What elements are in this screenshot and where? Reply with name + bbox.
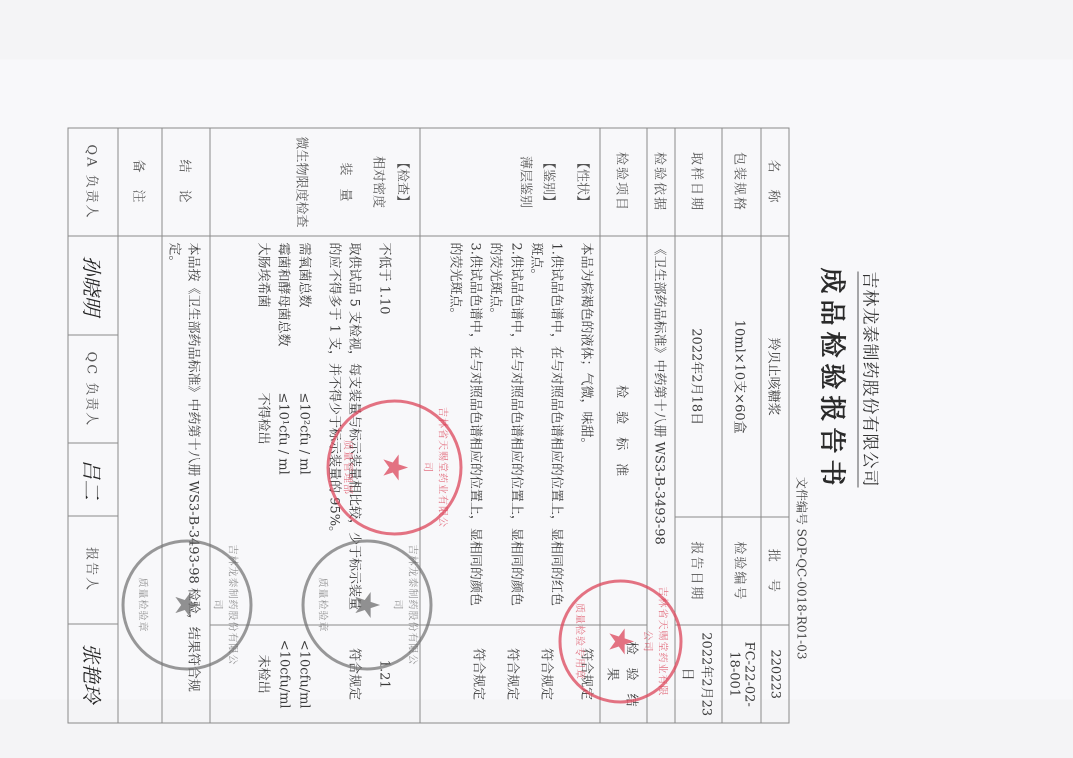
- micro-row-3: 大肠埃希菌不得检出: [253, 243, 273, 619]
- basis-value: 《卫生部药品标准》中药第十八册 WS3-B-3493-98: [647, 236, 675, 723]
- check-label: 【检查】: [392, 135, 416, 230]
- density-result: 1.21: [373, 632, 393, 717]
- conclusion-text: 本品按《卫生部药品标准》中药第十八册 WS3-B-3493-98 检验，结果符合…: [162, 236, 210, 723]
- identification-result-3: 符合规定: [467, 632, 487, 717]
- appearance-identification-standards: 本品为棕褐色的液体；气微，味甜。 1.供试品色谱中，在与对照品色谱相应的位置上，…: [420, 236, 600, 625]
- row-package: 包装规格 10ml×10支×60盒 检验编号 FC-22-02-18-001: [722, 128, 761, 723]
- micro-name: 需氧菌总数: [293, 243, 313, 393]
- micro-row-1: 需氧菌总数≤10²cfu / ml: [293, 243, 313, 619]
- remarks-text: [118, 236, 162, 723]
- identification-result-2: 符合规定: [501, 632, 521, 717]
- company-name: 吉林龙泰制药股份有限公司: [860, 60, 885, 700]
- qa-label: QA 负责人: [68, 128, 118, 236]
- filling-result: 符合规定: [343, 632, 363, 717]
- row-signatures: QA 负责人 孙晓明 QC 负责人 吕二 报告人 张艳玲: [68, 128, 118, 723]
- row-conclusion: 结 论 本品按《卫生部药品标准》中药第十八册 WS3-B-3493-98 检验，…: [162, 128, 210, 723]
- micro-name: 大肠埃希菌: [253, 243, 273, 393]
- micro-limit: ≤10²cfu / ml: [293, 393, 313, 475]
- density-standard: 不低于 1.10: [373, 243, 393, 619]
- identification-standard-3: 3.供试品色谱中，在与对照品色谱相应的位置上，显相同的颜色的荧光斑点。: [445, 243, 485, 619]
- micro-limit: 不得检出: [253, 393, 273, 445]
- report-table: 名 称 羚贝止咳糖浆 批 号 220223 包装规格 10ml×10支×60盒 …: [68, 128, 790, 724]
- batch-label: 批 号: [761, 517, 789, 625]
- row-name: 名 称 羚贝止咳糖浆 批 号 220223: [761, 128, 789, 723]
- report-date-label: 报告日期: [675, 517, 722, 625]
- tlc-label: 薄层鉴别: [515, 135, 539, 230]
- micro-row-2: 霉菌和酵母菌总数≤10¹cfu / ml: [273, 243, 293, 619]
- batch-value: 220223: [761, 625, 789, 723]
- micro-result-2: <10cfu/ml: [273, 632, 293, 717]
- col-result: 检 验 结 果: [600, 625, 647, 723]
- check-labels: 【检查】 相对密度 装 量 微生物限度检查: [210, 128, 420, 236]
- sample-date-value: 2022年2月18日: [675, 236, 722, 517]
- micro-result-3: 未检出: [253, 632, 273, 717]
- report-page: 吉林龙泰制药股份有限公司 成品检验报告书 文件编号 SOP-QC-0018-R0…: [0, 60, 1073, 700]
- qa-signature: 孙晓明: [68, 236, 118, 335]
- micro-result-1: <10cfu/ml: [293, 632, 313, 717]
- reporter-label: 报告人: [68, 516, 118, 624]
- name-value: 羚贝止咳糖浆: [761, 236, 789, 517]
- appearance-identification-labels: 【性状】 【鉴别】 薄层鉴别: [420, 128, 600, 236]
- micro-limit: ≤10¹cfu / ml: [273, 393, 293, 475]
- row-columns: 检验项目 检 验 标 准 检 验 结 果: [600, 128, 647, 723]
- appearance-identification-results: 符合规定 符合规定 符合规定 符合规定: [420, 625, 600, 723]
- report-date-value: 2022年2月23日: [675, 625, 722, 723]
- appearance-label: 【性状】: [572, 135, 596, 230]
- row-dates: 取样日期 2022年2月18日 报告日期 2022年2月23日: [675, 128, 722, 723]
- micro-name: 霉菌和酵母菌总数: [273, 243, 293, 393]
- col-standard: 检 验 标 准: [600, 236, 647, 625]
- test-no-value: FC-22-02-18-001: [722, 625, 761, 723]
- sample-date-label: 取样日期: [675, 128, 722, 236]
- identification-standard-2: 2.供试品色谱中，在与对照品色谱相应的位置上，显相同的颜色的荧光斑点。: [485, 243, 525, 619]
- row-remarks: 备 注: [118, 128, 162, 723]
- package-value: 10ml×10支×60盒: [722, 236, 761, 517]
- identification-standard-1: 1.供试品色谱中，在与对照品色谱相应的位置上，显相同的红色斑点。: [525, 243, 565, 619]
- check-results: 1.21 符合规定 <10cfu/ml <10cfu/ml 未检出: [210, 625, 420, 723]
- remarks-label: 备 注: [118, 128, 162, 236]
- name-label: 名 称: [761, 128, 789, 236]
- identification-result-1: 符合规定: [535, 632, 555, 717]
- package-label: 包装规格: [722, 128, 761, 236]
- filling-label: 装 量: [335, 135, 359, 230]
- row-check: 【检查】 相对密度 装 量 微生物限度检查 不低于 1.10 取供试品 5 支检…: [210, 128, 420, 723]
- identification-label: 【鉴别】: [539, 135, 563, 230]
- test-no-label: 检验编号: [722, 517, 761, 625]
- reporter-signature: 张艳玲: [68, 624, 118, 723]
- check-standards: 不低于 1.10 取供试品 5 支检视，每支装量与标示装量相比较，少于标示装量的…: [210, 236, 420, 625]
- page-title: 成品检验报告书: [816, 60, 853, 700]
- filling-standard: 取供试品 5 支检视，每支装量与标示装量相比较，少于标示装量的应不得多于 1 支…: [323, 243, 363, 619]
- micro-label: 微生物限度检查: [292, 135, 316, 230]
- col-item: 检验项目: [600, 128, 647, 236]
- appearance-result: 符合规定: [575, 632, 595, 717]
- row-basis: 检验依据 《卫生部药品标准》中药第十八册 WS3-B-3493-98: [647, 128, 675, 723]
- document-number: 文件编号 SOP-QC-0018-R01-03: [794, 477, 811, 660]
- appearance-standard: 本品为棕褐色的液体；气微，味甜。: [575, 243, 595, 619]
- basis-label: 检验依据: [647, 128, 675, 236]
- conclusion-label: 结 论: [162, 128, 210, 236]
- density-label: 相对密度: [369, 135, 393, 230]
- qc-signature: 吕二: [68, 443, 118, 515]
- qc-label: QC 负责人: [68, 335, 118, 443]
- row-appearance-identification: 【性状】 【鉴别】 薄层鉴别 本品为棕褐色的液体；气微，味甜。 1.供试品色谱中…: [420, 128, 600, 723]
